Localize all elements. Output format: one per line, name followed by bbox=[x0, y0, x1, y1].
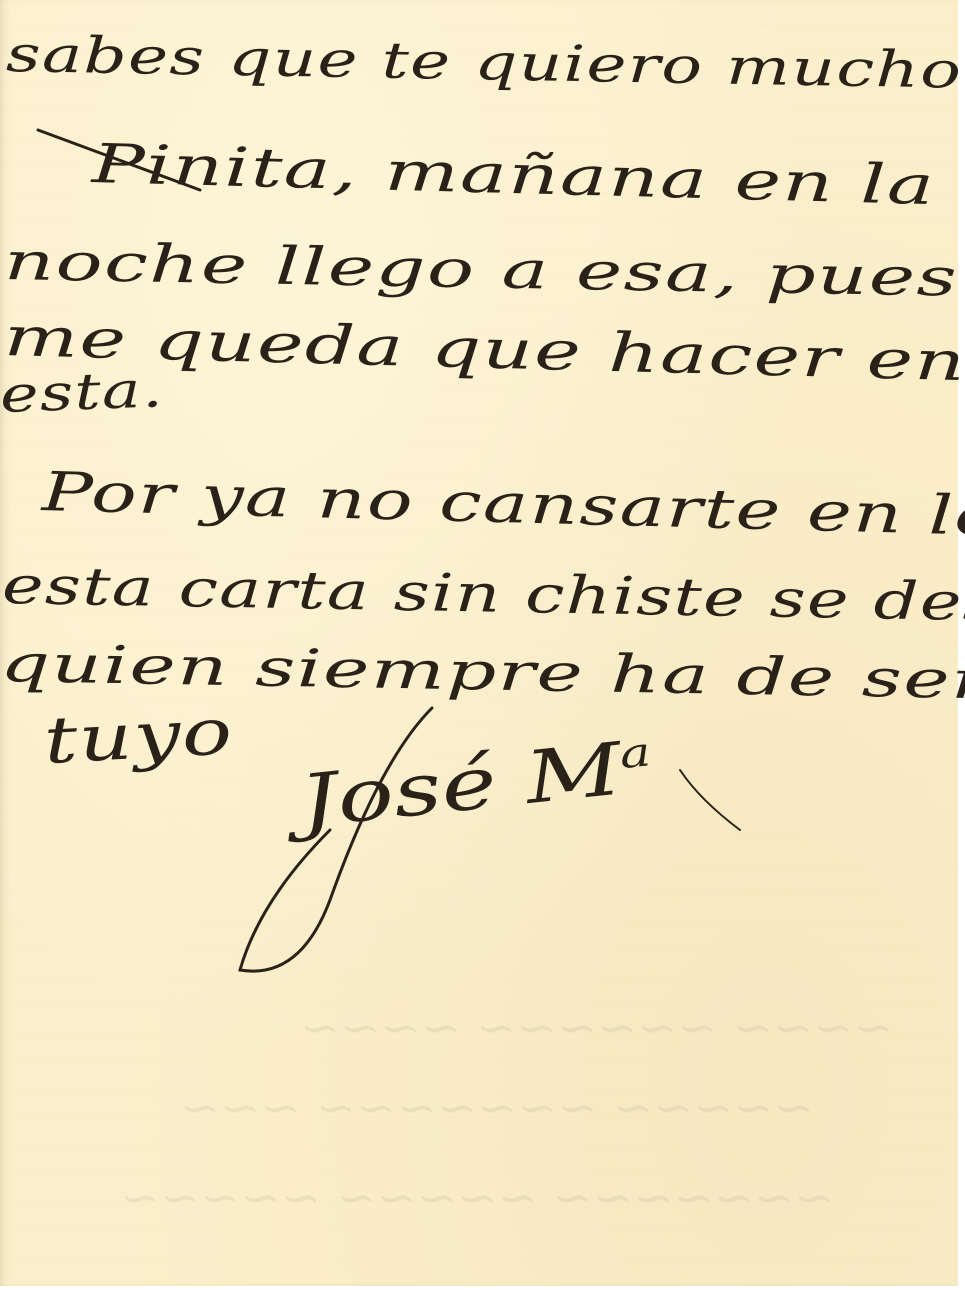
signature-underline-stroke bbox=[680, 770, 740, 830]
letter-page: ~~~~ ~~~~~~ ~~~~ ~~~~~ ~~~~~~~ ~~~ ~~~~~… bbox=[0, 0, 958, 1286]
signature-loop-stroke bbox=[240, 708, 432, 971]
flourish-stroke bbox=[38, 130, 200, 190]
pen-flourishes bbox=[0, 0, 958, 1286]
